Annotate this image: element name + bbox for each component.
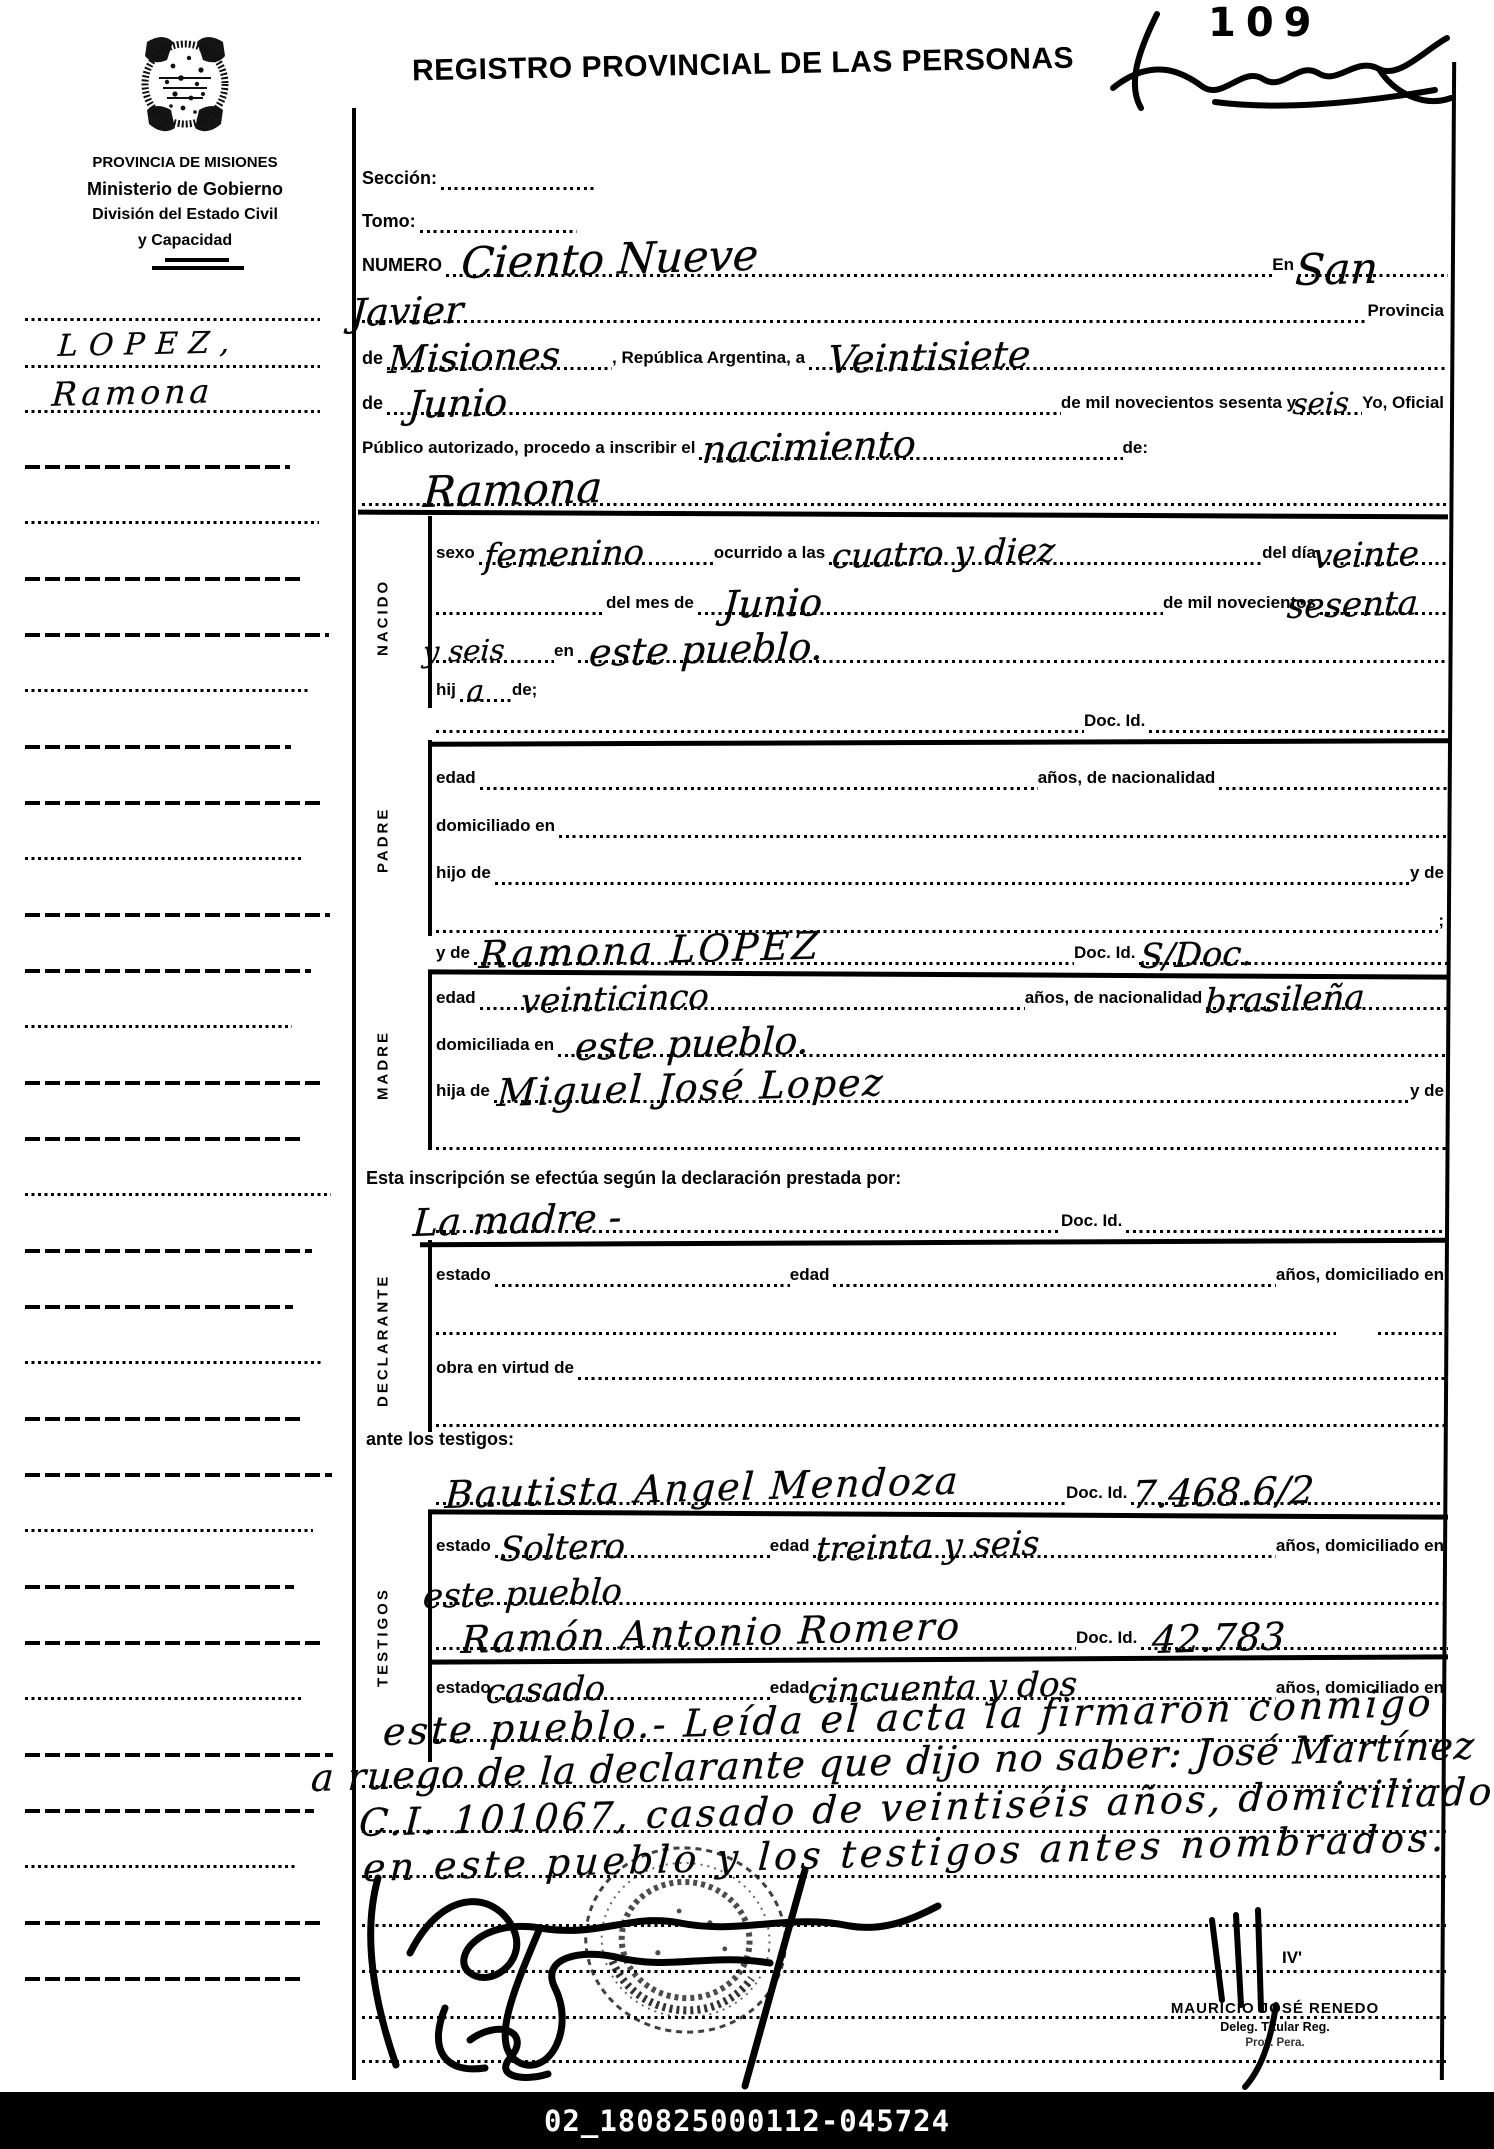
authority-line: Ministerio de Gobierno	[25, 176, 345, 202]
field-label: Doc. Id.	[1061, 1211, 1126, 1233]
authority-line: División del Estado Civil	[25, 202, 345, 228]
handwritten-entry: este pueblo	[422, 1574, 623, 1614]
margin-line	[25, 1921, 324, 1925]
section-label-testigos: TESTIGOS	[372, 1545, 394, 1730]
footer-mark: IV'	[1282, 1948, 1302, 1968]
field-blank	[833, 1259, 1275, 1287]
handwritten-entry: Javier	[350, 291, 464, 332]
handwritten-scrawl-icon	[1095, 12, 1455, 112]
field-blank	[559, 810, 1448, 838]
handwritten-entry: femenino	[483, 535, 645, 574]
margin-line	[25, 1809, 314, 1813]
field-value: veinticinco	[480, 982, 1025, 1010]
signature-scrawl-icon	[350, 1858, 950, 2088]
field-blank	[1378, 1307, 1448, 1335]
official-signature-block: MAURICIO JOSÉ RENEDO Deleg. Titular Reg.…	[1120, 2000, 1430, 2049]
field-blank	[495, 1259, 790, 1287]
field-label: Doc. Id.	[1074, 943, 1139, 965]
section-rule	[358, 510, 1448, 520]
field-provincia: de Misiones , República Argentina, a Vei…	[362, 342, 1448, 370]
field-label: , República Argentina, a	[612, 348, 809, 370]
field-label: del día	[1262, 543, 1320, 565]
field-label: años, de nacionalidad	[1038, 768, 1220, 790]
field-blank	[436, 905, 1438, 933]
field-blank	[578, 1352, 1448, 1380]
field-value: sesenta	[1320, 587, 1448, 615]
field-blank	[1149, 705, 1448, 733]
field-value: este pueblo	[436, 1577, 1448, 1605]
handwritten-entry: y seis	[422, 636, 506, 667]
page-title: REGISTRO PROVINCIAL DE LAS PERSONAS	[412, 42, 1075, 89]
field-value: treinta y seis	[813, 1530, 1275, 1558]
field-testigo1-estado: estado Soltero edad treinta y seis años,…	[436, 1530, 1448, 1558]
margin-line	[25, 1417, 303, 1421]
field-value: Ciento Nueve	[446, 249, 1272, 277]
field-label: edad	[790, 1265, 834, 1287]
field-value: este pueblo.	[558, 1029, 1448, 1057]
field-label: estado	[436, 1265, 495, 1287]
field-label: años, de nacionalidad	[1025, 988, 1207, 1010]
field-obra: obra en virtud de	[436, 1352, 1448, 1380]
official-name: MAURICIO JOSÉ RENEDO	[1120, 2000, 1430, 2017]
field-label: y de	[436, 943, 474, 965]
divider	[165, 258, 229, 262]
field-value: Ramona	[362, 478, 1448, 506]
section-bracket	[428, 1240, 432, 1432]
field-value: 42.783	[1141, 1622, 1448, 1650]
margin-line	[25, 969, 311, 973]
margin-line	[25, 1529, 313, 1532]
handwritten-entry: Bautista Angel Mendoza	[444, 1462, 961, 1514]
handwritten-entry: treinta y seis	[815, 1527, 1040, 1567]
margin-line	[25, 745, 291, 749]
field-value: 7.468.6/2	[1131, 1477, 1448, 1505]
margin-line	[25, 1193, 331, 1196]
field-label: Doc. Id.	[1066, 1483, 1131, 1505]
field-value: S/Doc.	[1139, 937, 1448, 965]
field-padre-edad: edad años, de nacionalidad	[436, 762, 1448, 790]
field-value: brasileña	[1206, 982, 1448, 1010]
scan-code-bar: 02_180825000112-045724	[0, 2092, 1494, 2149]
margin-line	[25, 633, 329, 637]
margin-given-name: Ramona	[51, 374, 215, 410]
field-label: edad	[770, 1536, 814, 1558]
handwritten-entry: Misiones	[387, 336, 561, 379]
official-subtitle: Prov. Pera.	[1120, 2037, 1430, 2049]
field-label: obra en virtud de	[436, 1358, 578, 1380]
field-label: domiciliada en	[436, 1035, 558, 1057]
field-blank	[436, 1122, 1448, 1150]
field-label: y de	[1410, 863, 1448, 885]
field-label: de	[362, 393, 387, 415]
margin-line	[25, 1025, 292, 1028]
handwritten-entry: 7.468.6/2	[1131, 1471, 1315, 1514]
handwritten-entry: Junio	[722, 583, 823, 624]
field-blank	[436, 705, 1084, 733]
field-hijo-de: hij a de;	[436, 674, 651, 702]
field-value: Misiones	[387, 342, 612, 370]
section-label-nacido: NACIDO	[372, 535, 394, 700]
official-title: Deleg. Titular Reg.	[1120, 2020, 1430, 2034]
field-label: de	[362, 348, 387, 370]
margin-line	[25, 1641, 323, 1645]
handwritten-entry: este pueblo.	[574, 1021, 810, 1066]
field-value: La madre -	[436, 1205, 1061, 1233]
field-blank	[495, 857, 1410, 885]
margin-line	[25, 1249, 312, 1253]
field-value: Miguel José Lopez	[494, 1075, 1410, 1103]
field-label: años, domiciliado en	[1276, 1265, 1448, 1287]
margin-line	[25, 577, 300, 581]
handwritten-entry: a	[466, 676, 485, 706]
handwritten-entry: veinticinco	[520, 980, 710, 1019]
field-value: este pueblo.	[578, 635, 1448, 663]
margin-line	[25, 913, 330, 917]
field-label: sexo	[436, 543, 479, 565]
section-bracket	[428, 516, 432, 708]
handwritten-entry: 42.783	[1151, 1617, 1286, 1659]
field-label: del mes de	[606, 593, 698, 615]
field-value: a	[460, 674, 512, 702]
section-bracket	[428, 972, 432, 1150]
margin-line	[25, 1473, 332, 1477]
margin-line	[25, 1585, 294, 1589]
margin-surname: LOPEZ,	[57, 328, 241, 362]
section-rule	[428, 969, 1448, 979]
field-value: Junio	[698, 587, 1163, 615]
field-blank	[436, 1399, 1448, 1427]
field-blank	[441, 162, 597, 190]
handwritten-entry: Miguel José Lopez	[496, 1063, 886, 1112]
margin-line	[25, 1753, 333, 1757]
handwritten-entry: Ramón Antonio Romero	[460, 1607, 962, 1659]
field-blank	[1126, 1205, 1448, 1233]
field-label: ;	[1438, 911, 1448, 933]
handwritten-entry: este pueblo.	[588, 627, 824, 672]
scan-code-text: 02_180825000112-045724	[544, 2104, 950, 2138]
handwritten-entry: brasileña	[1204, 980, 1366, 1019]
field-label: Tomo:	[362, 211, 420, 233]
field-label: años, domiciliado en	[1276, 1536, 1448, 1558]
section-rule	[428, 738, 1448, 747]
field-sexo: sexo femenino ocurrido a las cuatro y di…	[436, 537, 1448, 565]
field-madre-padres: hija de Miguel José Lopez y de	[436, 1075, 1448, 1103]
margin-line	[25, 1977, 305, 1981]
field-value: y seis	[436, 635, 554, 663]
field-declarante-blank	[436, 1307, 1448, 1335]
field-label: de mil novecientos sesenta y	[1061, 393, 1300, 415]
field-label: Público autorizado, procedo a inscribir …	[362, 438, 699, 460]
field-madre-blank	[436, 1122, 1448, 1150]
field-padre-blank: ;	[436, 905, 1448, 933]
field-label: edad	[436, 988, 480, 1010]
section-label-padre: PADRE	[372, 765, 394, 915]
field-value: San	[1298, 249, 1448, 277]
field-testigo1-domicilio: este pueblo	[436, 1577, 1448, 1605]
margin-line	[25, 1137, 302, 1141]
field-numero: NUMERO Ciento Nueve En San	[362, 249, 1448, 277]
margin-line	[25, 465, 290, 469]
field-seccion: Sección:	[362, 162, 597, 190]
handwritten-entry: nacimiento	[701, 425, 917, 469]
field-label: domiciliado en	[436, 816, 559, 838]
field-label: Sección:	[362, 168, 441, 190]
divider	[152, 266, 244, 270]
field-value: Ramona LOPEZ	[474, 937, 1074, 965]
handwritten-entry: Junio	[407, 383, 508, 424]
margin-line	[25, 1305, 293, 1309]
field-blank	[436, 1307, 1336, 1335]
scanned-birth-record: 109 REGISTRO PROVINCIAL DE LAS PERSONAS	[0, 0, 1494, 2149]
field-value: seis	[1300, 387, 1362, 415]
field-value: veinte	[1320, 537, 1448, 565]
field-declarante-estado: estado edad años, domiciliado en	[436, 1259, 1448, 1287]
field-value: casado	[495, 1672, 770, 1700]
margin-line	[25, 689, 310, 692]
section-label-madre: MADRE	[372, 995, 394, 1135]
field-madre-edad: edad veinticinco años, de nacionalidad b…	[436, 982, 1448, 1010]
handwritten-entry: seis	[1292, 388, 1350, 419]
field-label: de;	[512, 680, 542, 702]
section-bracket	[428, 740, 432, 936]
margin-line	[25, 1081, 321, 1085]
declaracion-intro: Esta inscripción se efectúa según la dec…	[366, 1168, 901, 1189]
field-value: cuatro y diez	[829, 537, 1262, 565]
field-declarante-blank2	[436, 1399, 1448, 1427]
handwritten-entry: S/Doc.	[1139, 937, 1253, 974]
authority-line: PROVINCIA DE MISIONES	[25, 150, 345, 176]
issuing-authority: PROVINCIA DE MISIONES Ministerio de Gobi…	[25, 150, 345, 254]
authority-line: y Capacidad	[25, 228, 345, 254]
field-label: Doc. Id.	[1076, 1628, 1141, 1650]
margin-line	[25, 410, 320, 413]
margin-line	[25, 318, 320, 321]
field-value: Junio	[387, 387, 1061, 415]
field-madre-domicilio: domiciliada en este pueblo.	[436, 1029, 1448, 1057]
field-value: nacimiento	[699, 432, 1122, 460]
field-nombre-inscripto: Ramona	[362, 478, 1448, 506]
field-label: edad	[436, 768, 480, 790]
field-label: hija de	[436, 1081, 494, 1103]
handwritten-entry: San	[1294, 248, 1379, 293]
field-value: Soltero	[495, 1530, 770, 1558]
field-blank	[420, 205, 577, 233]
field-value: Veintisiete	[809, 342, 1448, 370]
field-lugar: Javier Provincia	[362, 295, 1448, 323]
handwritten-entry: La madre -	[412, 1198, 623, 1242]
field-label: Provincia	[1367, 301, 1448, 323]
handwritten-entry: Ramona	[422, 467, 603, 515]
field-label: en	[554, 641, 578, 663]
field-label: de:	[1123, 438, 1153, 460]
field-testigo1: Bautista Angel Mendoza Doc. Id. 7.468.6/…	[436, 1477, 1448, 1505]
field-declarante: La madre - Doc. Id.	[436, 1205, 1448, 1233]
field-value: Bautista Angel Mendoza	[436, 1477, 1066, 1505]
handwritten-entry: Ciento Nueve	[460, 235, 760, 286]
margin-line	[25, 801, 320, 805]
field-padre-padres: hijo de y de	[436, 857, 1448, 885]
margin-line	[25, 1865, 295, 1868]
handwritten-entry: veinte	[1312, 537, 1420, 574]
margin-line	[25, 857, 301, 860]
margin-line	[25, 365, 320, 368]
field-value: Javier	[362, 295, 1367, 323]
field-blank	[1219, 762, 1448, 790]
handwritten-entry: Ramona LOPEZ	[478, 926, 822, 974]
field-value: femenino	[479, 537, 714, 565]
field-label: ocurrido a las	[714, 543, 829, 565]
field-blank	[480, 762, 1038, 790]
pen-strokes-icon	[1190, 1905, 1320, 2090]
field-label: estado	[436, 1536, 495, 1558]
testigos-intro: ante los testigos:	[366, 1429, 514, 1450]
margin-line	[25, 1361, 322, 1364]
field-acto: Público autorizado, procedo a inscribir …	[362, 432, 1152, 460]
field-madre-nombre: y de Ramona LOPEZ Doc. Id. S/Doc.	[436, 937, 1448, 965]
field-label: hij	[436, 680, 460, 702]
field-value: Ramón Antonio Romero	[436, 1622, 1076, 1650]
field-label: Yo, Oficial	[1362, 393, 1448, 415]
provincial-seal-icon	[137, 28, 233, 141]
handwritten-entry: Veintisiete	[827, 335, 1032, 379]
field-label: NUMERO	[362, 255, 446, 277]
field-label: y de	[1410, 1081, 1448, 1103]
handwritten-entry: Soltero	[499, 1529, 626, 1567]
field-blank	[436, 587, 606, 615]
margin-line	[25, 1697, 304, 1700]
field-label: hijo de	[436, 863, 495, 885]
field-testigo2: Ramón Antonio Romero Doc. Id. 42.783	[436, 1622, 1448, 1650]
margin-line	[25, 521, 319, 524]
handwritten-entry: cuatro y diez	[831, 534, 1056, 574]
field-padre-docid: Doc. Id.	[436, 705, 1448, 733]
field-lugar-nacimiento: y seis en este pueblo.	[436, 635, 1448, 663]
field-label: Doc. Id.	[1084, 711, 1149, 733]
section-label-declarante: DECLARANTE	[372, 1255, 394, 1425]
field-padre-domicilio: domiciliado en	[436, 810, 1448, 838]
field-mes-nacimiento: del mes de Junio de mil novecientos sese…	[436, 587, 1448, 615]
handwritten-entry: sesenta	[1286, 586, 1419, 624]
field-fecha: de Junio de mil novecientos sesenta y se…	[362, 387, 1448, 415]
field-tomo: Tomo:	[362, 205, 577, 233]
